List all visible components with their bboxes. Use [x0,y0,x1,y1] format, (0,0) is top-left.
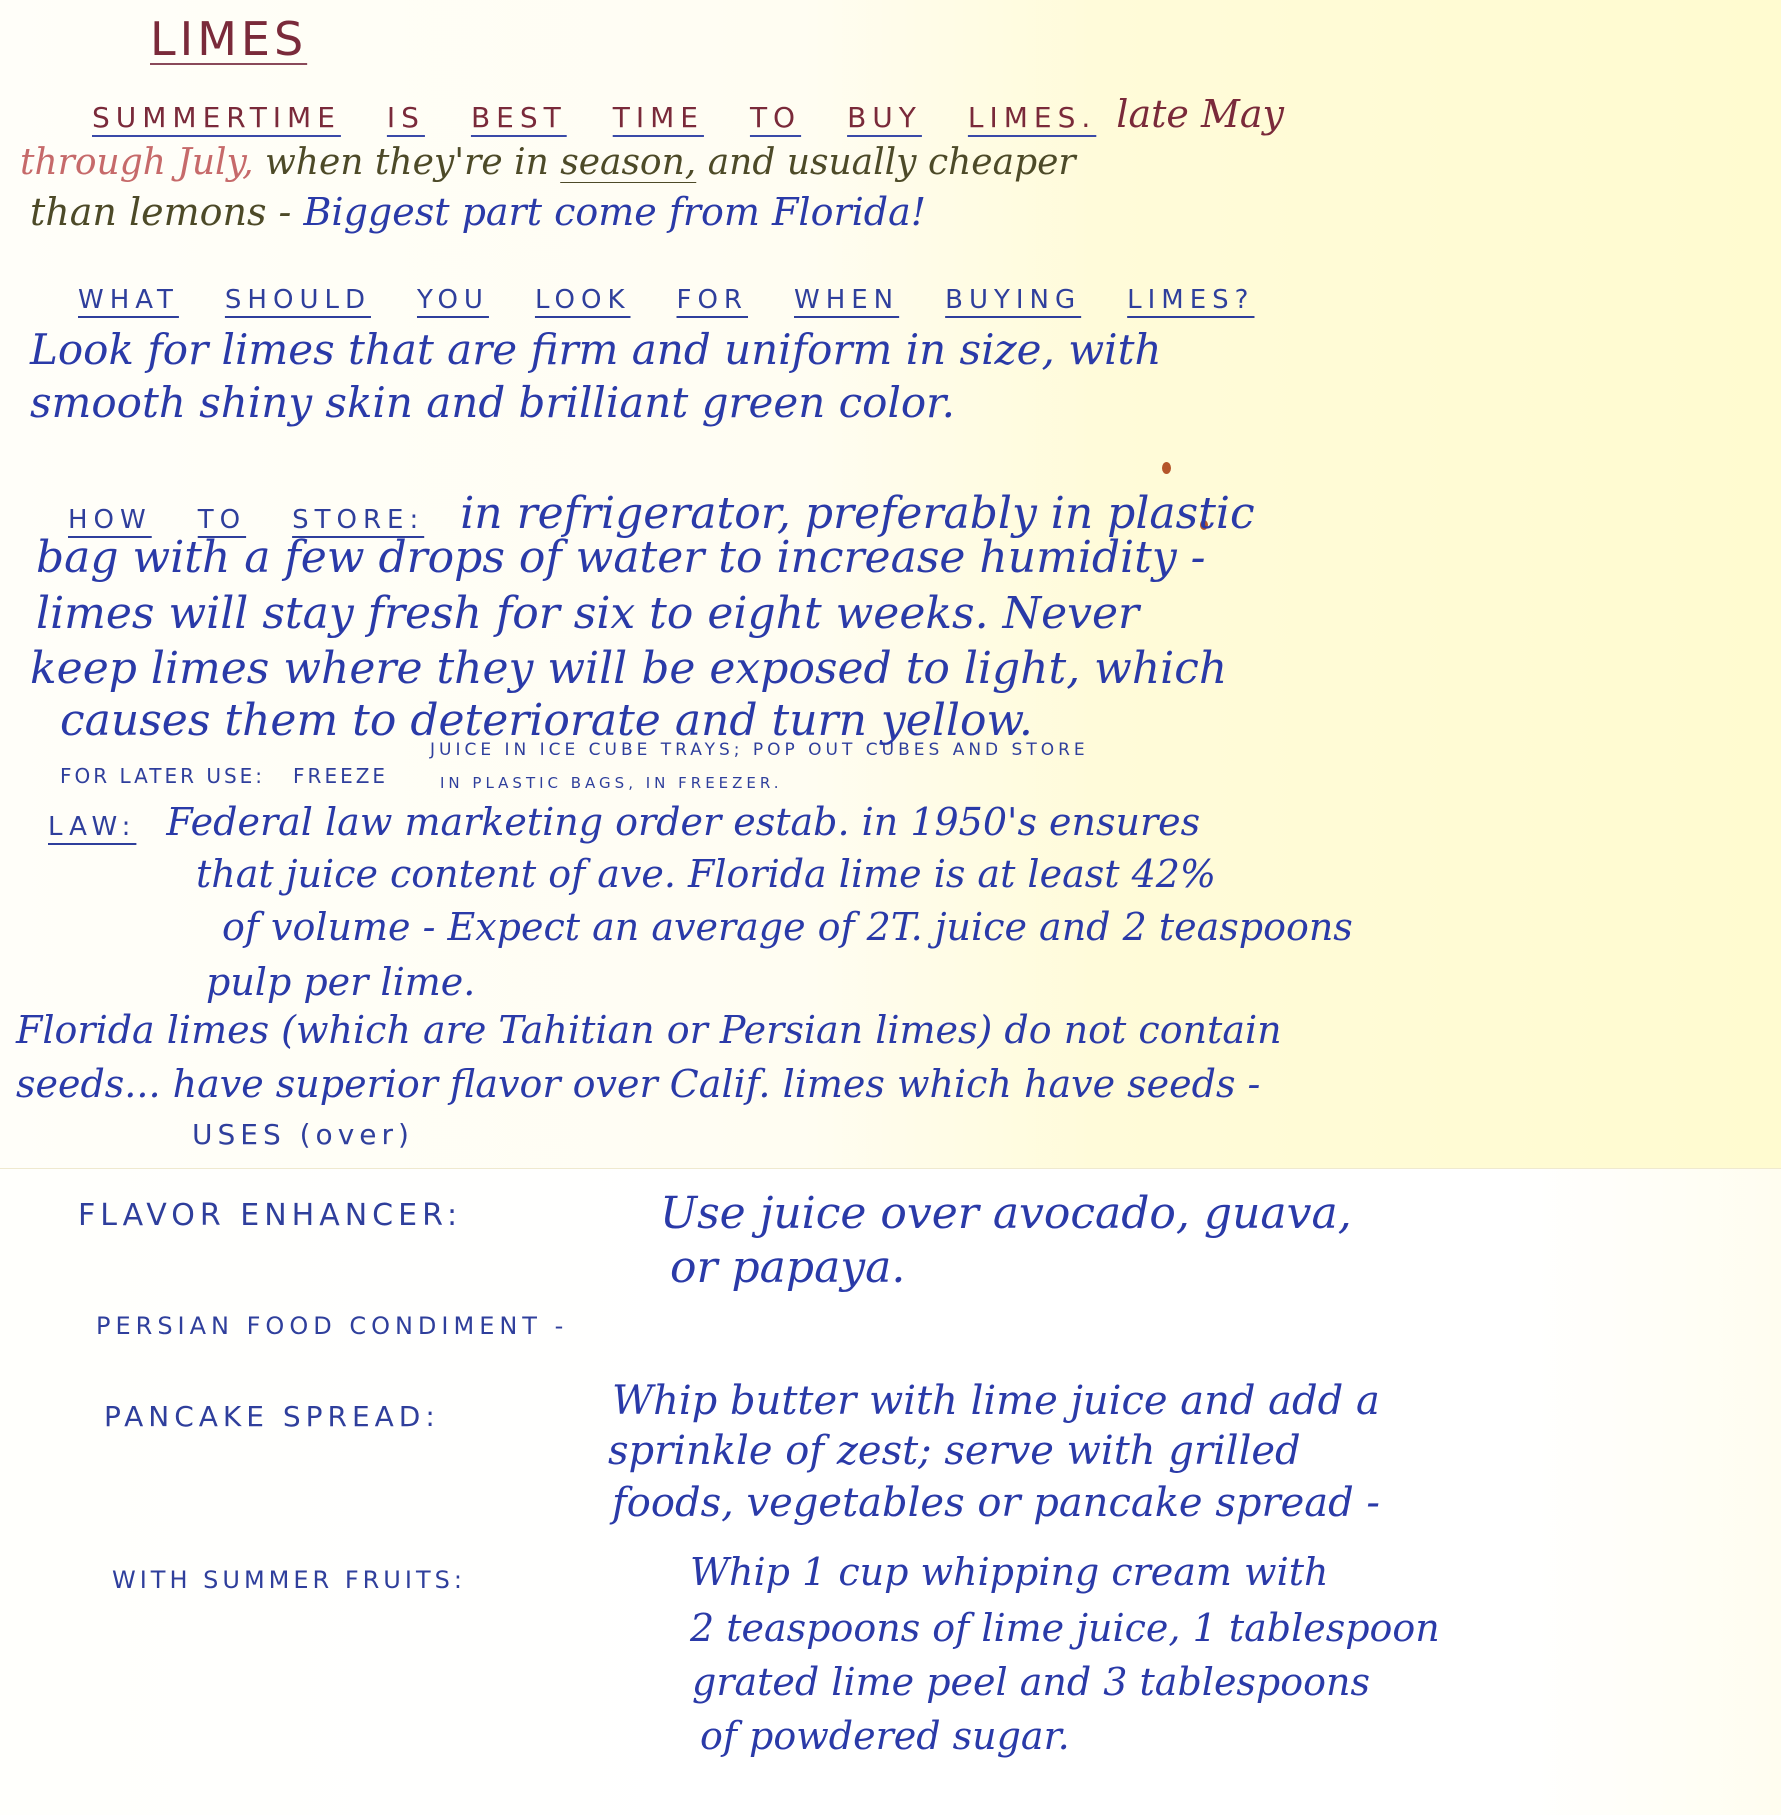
heading-word: WHAT [78,285,179,315]
use-label-pancake-spread: PANCAKE SPREAD: [104,1400,440,1433]
heading-word: LIMES. [968,101,1096,134]
store-line: causes them to deteriorate and turn yell… [60,695,1033,746]
later-use-line: FOR LATER USE:FREEZE [60,764,388,788]
look-for-heading: WHATSHOULDYOULOOKFORWHENBUYINGLIMES? [78,285,1254,315]
law-label: LAW: [48,812,136,842]
heading-word: FOR [677,285,749,315]
faded-text: through July, [20,142,254,183]
use-text: sprinkle of zest; serve with grilled [608,1428,1301,1474]
law-line: LAW:Federal law marketing order estab. i… [48,800,1200,844]
intro-text: than lemons - [30,190,291,234]
intro-line-2: through July, when they're in season, an… [20,142,1076,183]
later-use-bottom: IN PLASTIC BAGS, IN FREEZER. [440,774,783,792]
law-text: Federal law marketing order estab. in 19… [166,800,1200,844]
use-text: Whip 1 cup whipping cream with [690,1550,1328,1594]
heading-word: HOW [68,505,152,535]
heading-word: SUMMERTIME [92,101,341,134]
heading-word: IS [387,101,425,134]
use-text: 2 teaspoons of lime juice, 1 tablespoon [690,1606,1440,1650]
use-text: or papaya. [670,1242,905,1293]
heading-word: BUY [847,101,922,134]
store-line: limes will stay fresh for six to eight w… [36,588,1139,639]
rust-stain [1162,462,1171,474]
heading-word: BEST [471,101,567,134]
heading-tail: late May [1116,92,1284,136]
later-use-text: FREEZE [293,764,388,788]
heading-word: TO [198,505,246,535]
look-for-line: smooth shiny skin and brilliant green co… [30,378,955,427]
use-text: grated lime peel and 3 tablespoons [692,1660,1370,1704]
intro-text: when they're in [265,142,549,183]
intro-text: season, [560,142,696,183]
heading-word: LIMES? [1127,285,1254,315]
intro-text: Biggest part come from Florida! [304,190,927,234]
intro-text: and usually cheaper [708,142,1076,183]
use-text: of powdered sugar. [700,1714,1070,1758]
law-line: that juice content of ave. Florida lime … [196,852,1216,896]
use-label-persian-condiment: PERSIAN FOOD CONDIMENT - [96,1312,568,1340]
later-use-top: JUICE IN ICE CUBE TRAYS; POP OUT CUBES A… [430,740,1089,760]
intro-line-3: than lemons - Biggest part come from Flo… [30,190,926,234]
use-text: Whip butter with lime juice and add a [612,1378,1380,1424]
use-text: Use juice over avocado, guava, [660,1188,1352,1239]
store-line: keep limes where they will be exposed to… [30,643,1227,694]
heading-word: LOOK [535,285,631,315]
look-for-line: Look for limes that are firm and uniform… [30,325,1162,374]
florida-line: seeds... have superior flavor over Calif… [16,1062,1260,1106]
intro-heading: SUMMERTIMEISBESTTIMETOBUYLIMES.late May [92,92,1284,136]
heading-word: TIME [613,101,704,134]
law-line: of volume - Expect an average of 2T. jui… [222,905,1353,949]
heading-word: YOU [417,285,489,315]
heading-word: SHOULD [225,285,371,315]
use-text: foods, vegetables or pancake spread - [612,1480,1380,1526]
uses-over-note: USES (over) [192,1118,414,1151]
store-line: bag with a few drops of water to increas… [36,532,1206,583]
later-use-label: FOR LATER USE: [60,764,265,788]
page-title: LIMES [150,12,307,66]
heading-word: TO [750,101,801,134]
heading-word: WHEN [794,285,899,315]
law-line: pulp per lime. [206,960,475,1004]
use-label-flavor-enhancer: FLAVOR ENHANCER: [78,1198,462,1233]
florida-line: Florida limes (which are Tahitian or Per… [16,1008,1282,1052]
heading-word: BUYING [945,285,1081,315]
use-label-summer-fruits: WITH SUMMER FRUITS: [112,1566,466,1594]
heading-word: STORE: [292,505,424,535]
